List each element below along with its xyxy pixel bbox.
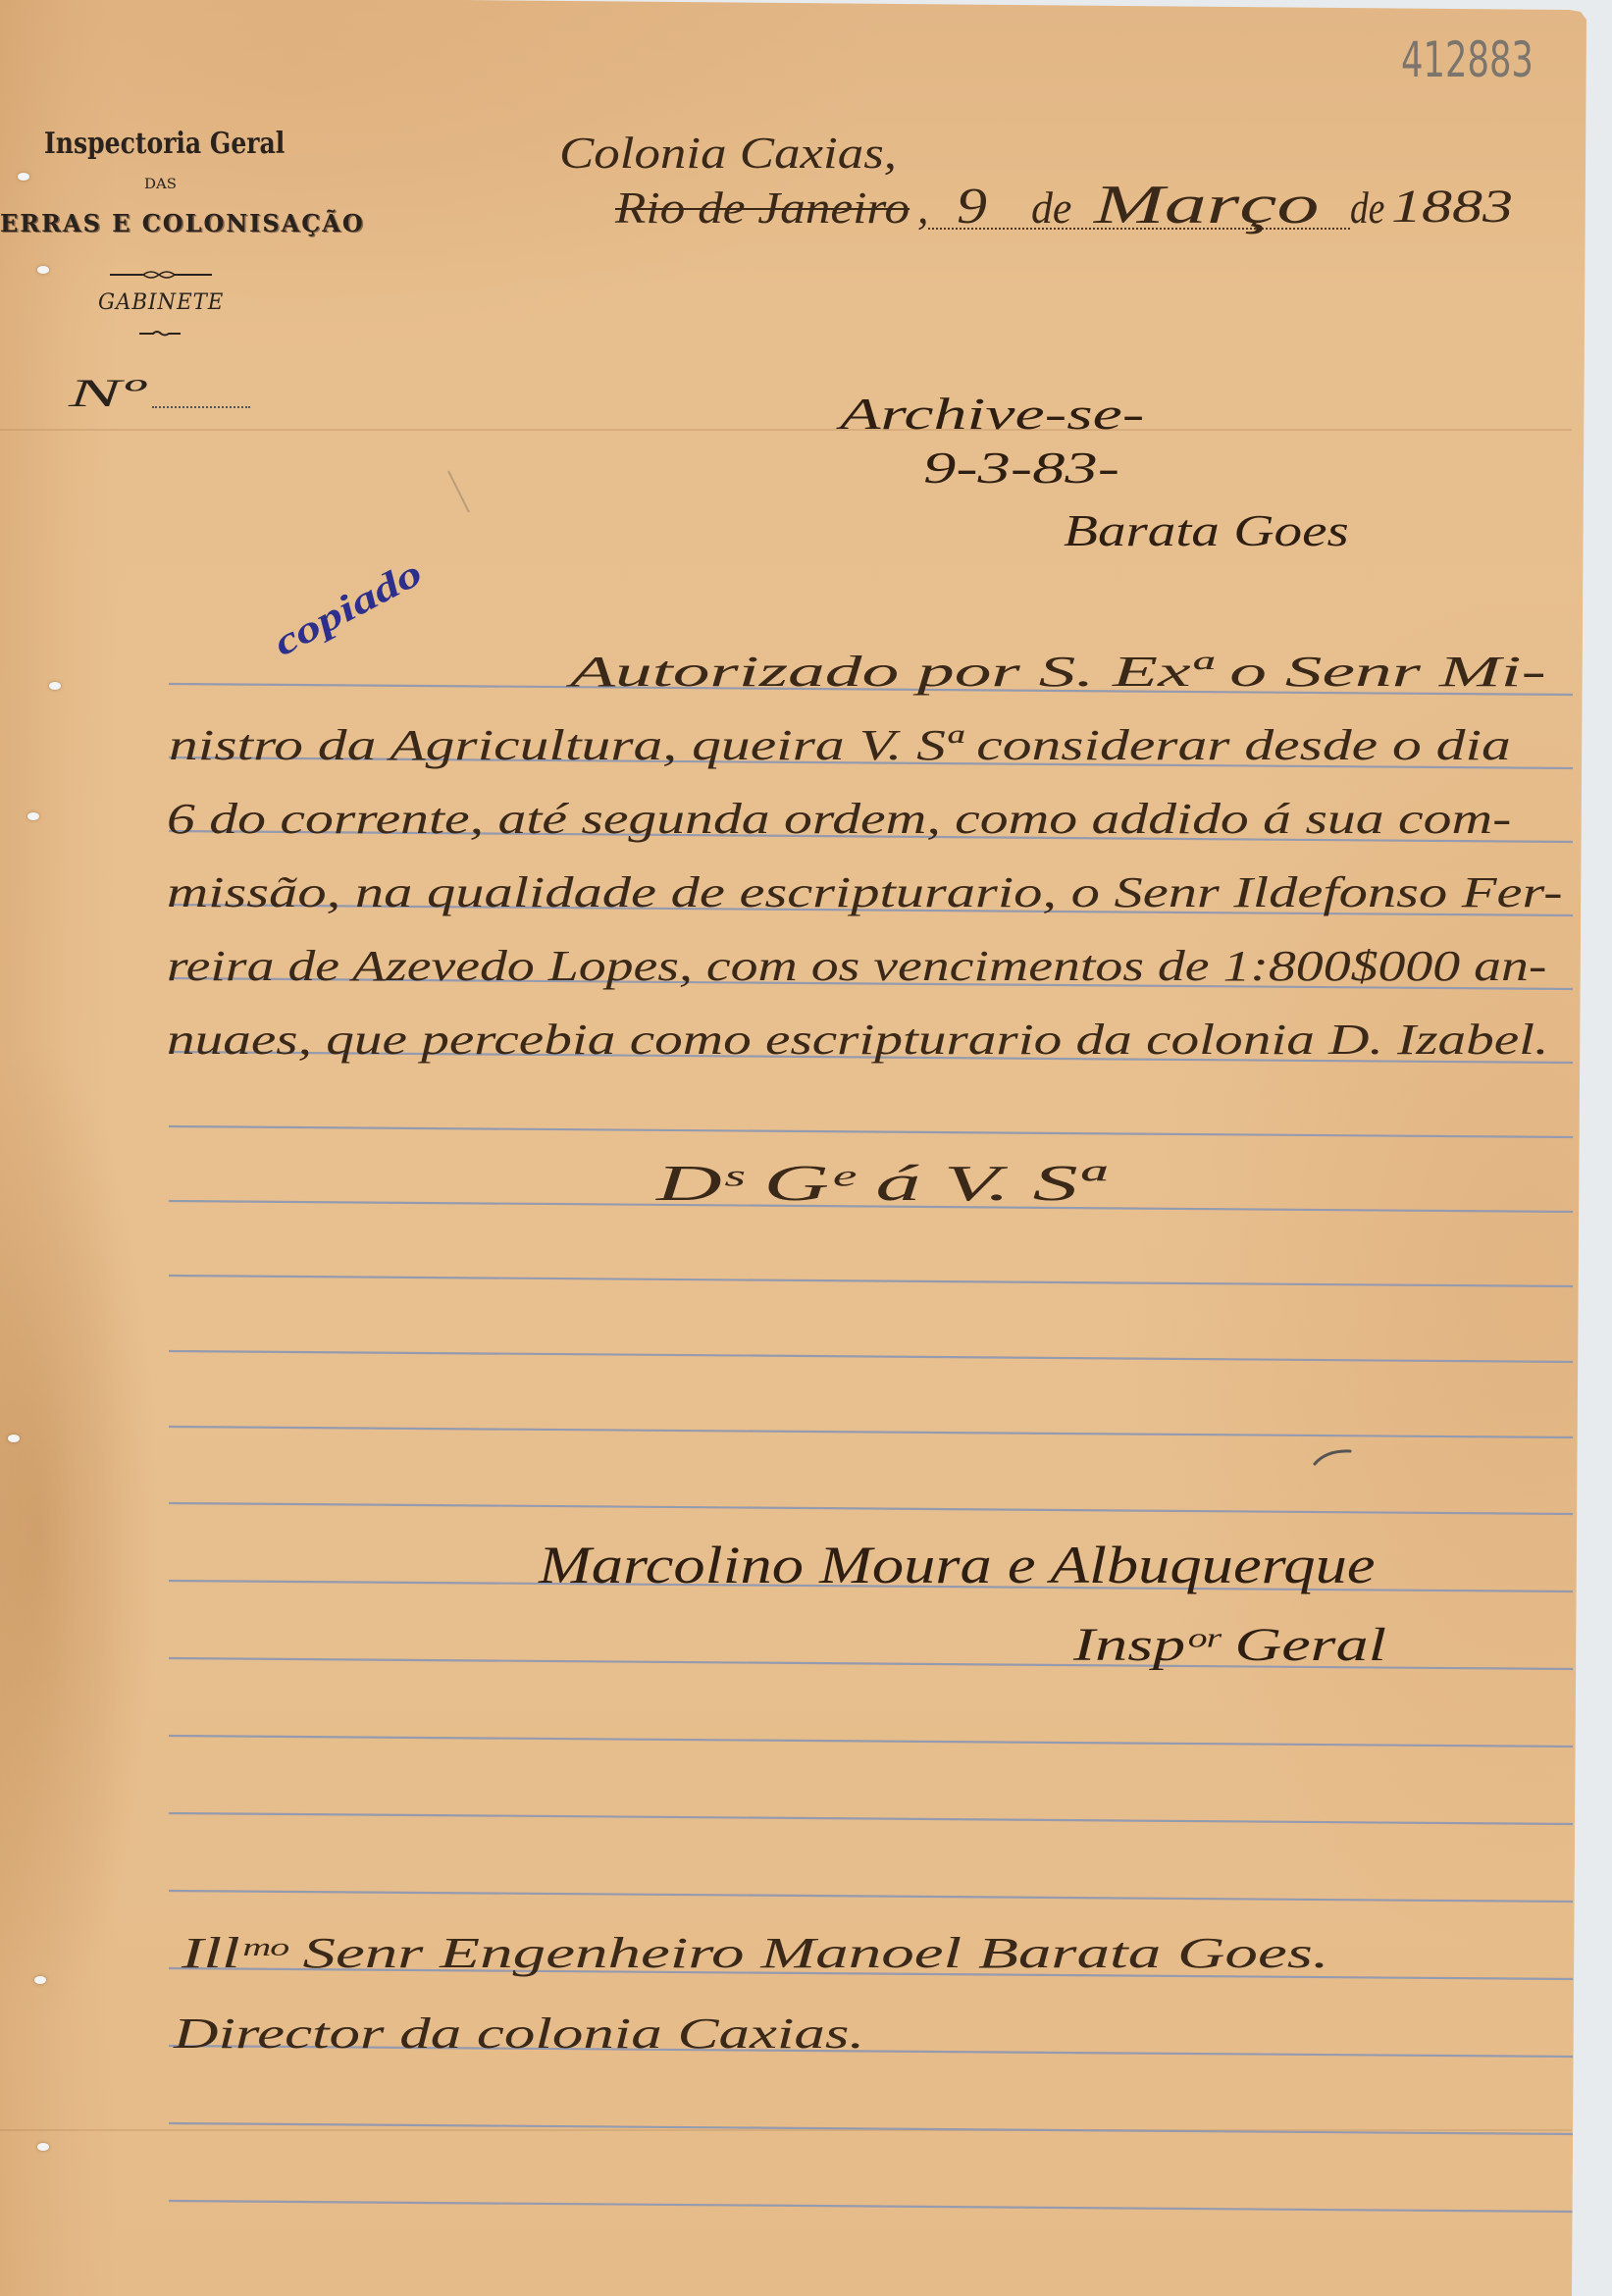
letterhead-connector: DAS <box>144 178 177 191</box>
body-line: Autorizado por S. Exª o Senr Mi- <box>570 651 1546 694</box>
body-line: missão, na qualidade de escripturario, o… <box>167 871 1563 914</box>
letterhead-subtitle: ERRAS E COLONISAÇÃO <box>0 212 365 235</box>
addressee-line: Director da colonia Caxias. <box>174 2012 864 2056</box>
dateline-place: Colonia Caxias, <box>559 130 897 176</box>
dateline-de: de <box>1350 185 1384 231</box>
dateline-month: Março <box>1094 178 1319 233</box>
body-line: reira de Azevedo Lopes, com os venciment… <box>167 945 1546 988</box>
dispatch-signature: Barata Goes <box>1064 508 1349 553</box>
dateline-day: 9 <box>957 182 987 233</box>
ornament-divider-icon <box>108 267 214 283</box>
dateline-separator: , <box>917 185 929 231</box>
dateline-de: de <box>1031 185 1071 231</box>
ornament-dash-icon <box>137 328 182 338</box>
dispatch-date: 9-3-83- <box>923 445 1119 491</box>
closing-salutation: Dˢ Gᵉ á V. Sª <box>656 1159 1103 1210</box>
signature-title: Inspᵒʳ Geral <box>1073 1622 1386 1669</box>
body-line: nuaes, que percebia como escripturario d… <box>167 1018 1548 1062</box>
number-label: Nº <box>69 374 145 413</box>
pencil-mark <box>1315 1451 1350 1464</box>
dispatch-order: Archive-se- <box>840 391 1144 437</box>
letterhead-department: GABINETE <box>98 292 224 314</box>
signature-name: Marcolino Moura e Albuquerque <box>539 1539 1375 1592</box>
number-field-dotted-line <box>152 406 250 408</box>
letterhead-title: Inspectoria Geral <box>44 130 285 159</box>
dateline-year: 1883 <box>1391 183 1513 231</box>
paper-sheet: 412883 Inspectoria Geral DAS ERRAS E COL… <box>0 0 1589 2296</box>
body-line: nistro da Agricultura, queira V. Sª cons… <box>169 724 1511 767</box>
body-line: 6 do corrente, até segunda ordem, como a… <box>167 798 1511 841</box>
addressee-line: Illᵐᵒ Senr Engenheiro Manoel Barata Goes… <box>182 1932 1329 1975</box>
pencil-mark <box>448 471 469 512</box>
dateline-struck-place: Rio de Janeiro <box>615 185 910 231</box>
scanned-page: 412883 Inspectoria Geral DAS ERRAS E COL… <box>0 0 1612 2296</box>
archive-number: 412883 <box>1401 35 1534 84</box>
